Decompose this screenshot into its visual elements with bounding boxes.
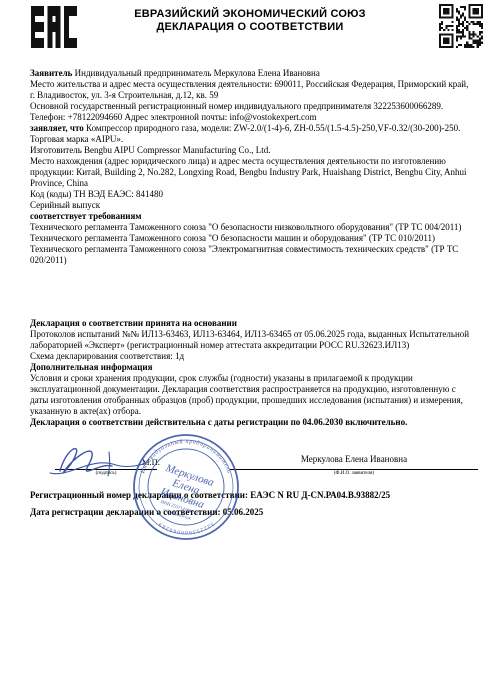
applicant-contacts: Телефон: +78122094660 Адрес электронной … — [30, 112, 474, 123]
registration-date-line: Дата регистрации декларации о соответств… — [30, 507, 478, 518]
basis-protocols: Протоколов испытаний №№ ИЛ13-63463, ИЛ13… — [30, 329, 474, 351]
regulation-item: Технического регламента Таможенного союз… — [30, 222, 474, 233]
additional-text: Условия и сроки хранения продукции, срок… — [30, 373, 474, 417]
stamp-ring-digits: 322253600066289 — [157, 520, 215, 535]
qr-code — [439, 4, 483, 48]
applicant-label: Заявитель — [30, 68, 72, 78]
svg-text:322253600066289: 322253600066289 — [157, 520, 215, 535]
applicant-address: Место жительства и адрес места осуществл… — [30, 79, 474, 101]
section-basis-additional: Декларация о соответствии принята на осн… — [30, 318, 474, 428]
compliance-heading: соответствует требованиям — [30, 211, 474, 222]
product-description: Компрессор природного газа, модели: ZW-2… — [30, 123, 460, 144]
tnved-code: Код (коды) ТН ВЭД ЕАЭС: 841480 — [30, 189, 474, 200]
declaration-document: ЕВРАЗИЙСКИЙ ЭКОНОМИЧЕСКИЙ СОЮЗ ДЕКЛАРАЦИ… — [0, 0, 500, 700]
registration-footer: Регистрационный номер декларации о соотв… — [30, 490, 478, 518]
handwritten-signature — [46, 440, 156, 484]
signer-name: Меркулова Елена Ивановна — [230, 454, 478, 464]
manufacturer: Изготовитель Bengbu AIPU Compressor Manu… — [30, 145, 474, 156]
signer-name-line — [230, 469, 478, 470]
additional-heading: Дополнительная информация — [30, 362, 474, 373]
declares-label: заявляет, что — [30, 123, 84, 133]
registration-number-value: ЕАЭС N RU Д-CN.РА04.В.93882/25 — [250, 490, 390, 500]
applicant-paragraph: Заявитель Индивидуальный предприниматель… — [30, 68, 474, 79]
registration-number-line: Регистрационный номер декларации о соотв… — [30, 490, 478, 501]
section-applicant-product: Заявитель Индивидуальный предприниматель… — [30, 68, 474, 266]
signer-name-caption: (Ф.И.О. заявителя) — [230, 471, 478, 476]
applicant-ogrn: Основной государственный регистрационный… — [30, 101, 474, 112]
regulation-item: Технического регламента Таможенного союз… — [30, 233, 474, 244]
basis-heading: Декларация о соответствии принята на осн… — [30, 318, 474, 329]
document-title: ЕВРАЗИЙСКИЙ ЭКОНОМИЧЕСКИЙ СОЮЗ ДЕКЛАРАЦИ… — [90, 8, 410, 33]
regulation-item: Технического регламента Таможенного союз… — [30, 244, 474, 266]
eac-mark-icon — [31, 6, 77, 48]
basis-scheme: Схема декларирования соответствия: 1д — [30, 351, 474, 362]
release-type: Серийный выпуск — [30, 200, 474, 211]
title-line-declaration: ДЕКЛАРАЦИЯ О СООТВЕТСТВИИ — [90, 21, 410, 34]
validity-statement: Декларация о соответствии действительна … — [30, 417, 474, 428]
declares-paragraph: заявляет, что Компрессор природного газа… — [30, 123, 474, 145]
manufacturer-address: Место нахождения (адрес юридического лиц… — [30, 156, 474, 189]
title-line-union: ЕВРАЗИЙСКИЙ ЭКОНОМИЧЕСКИЙ СОЮЗ — [90, 8, 410, 21]
applicant-name: Индивидуальный предприниматель Меркулова… — [75, 68, 320, 78]
